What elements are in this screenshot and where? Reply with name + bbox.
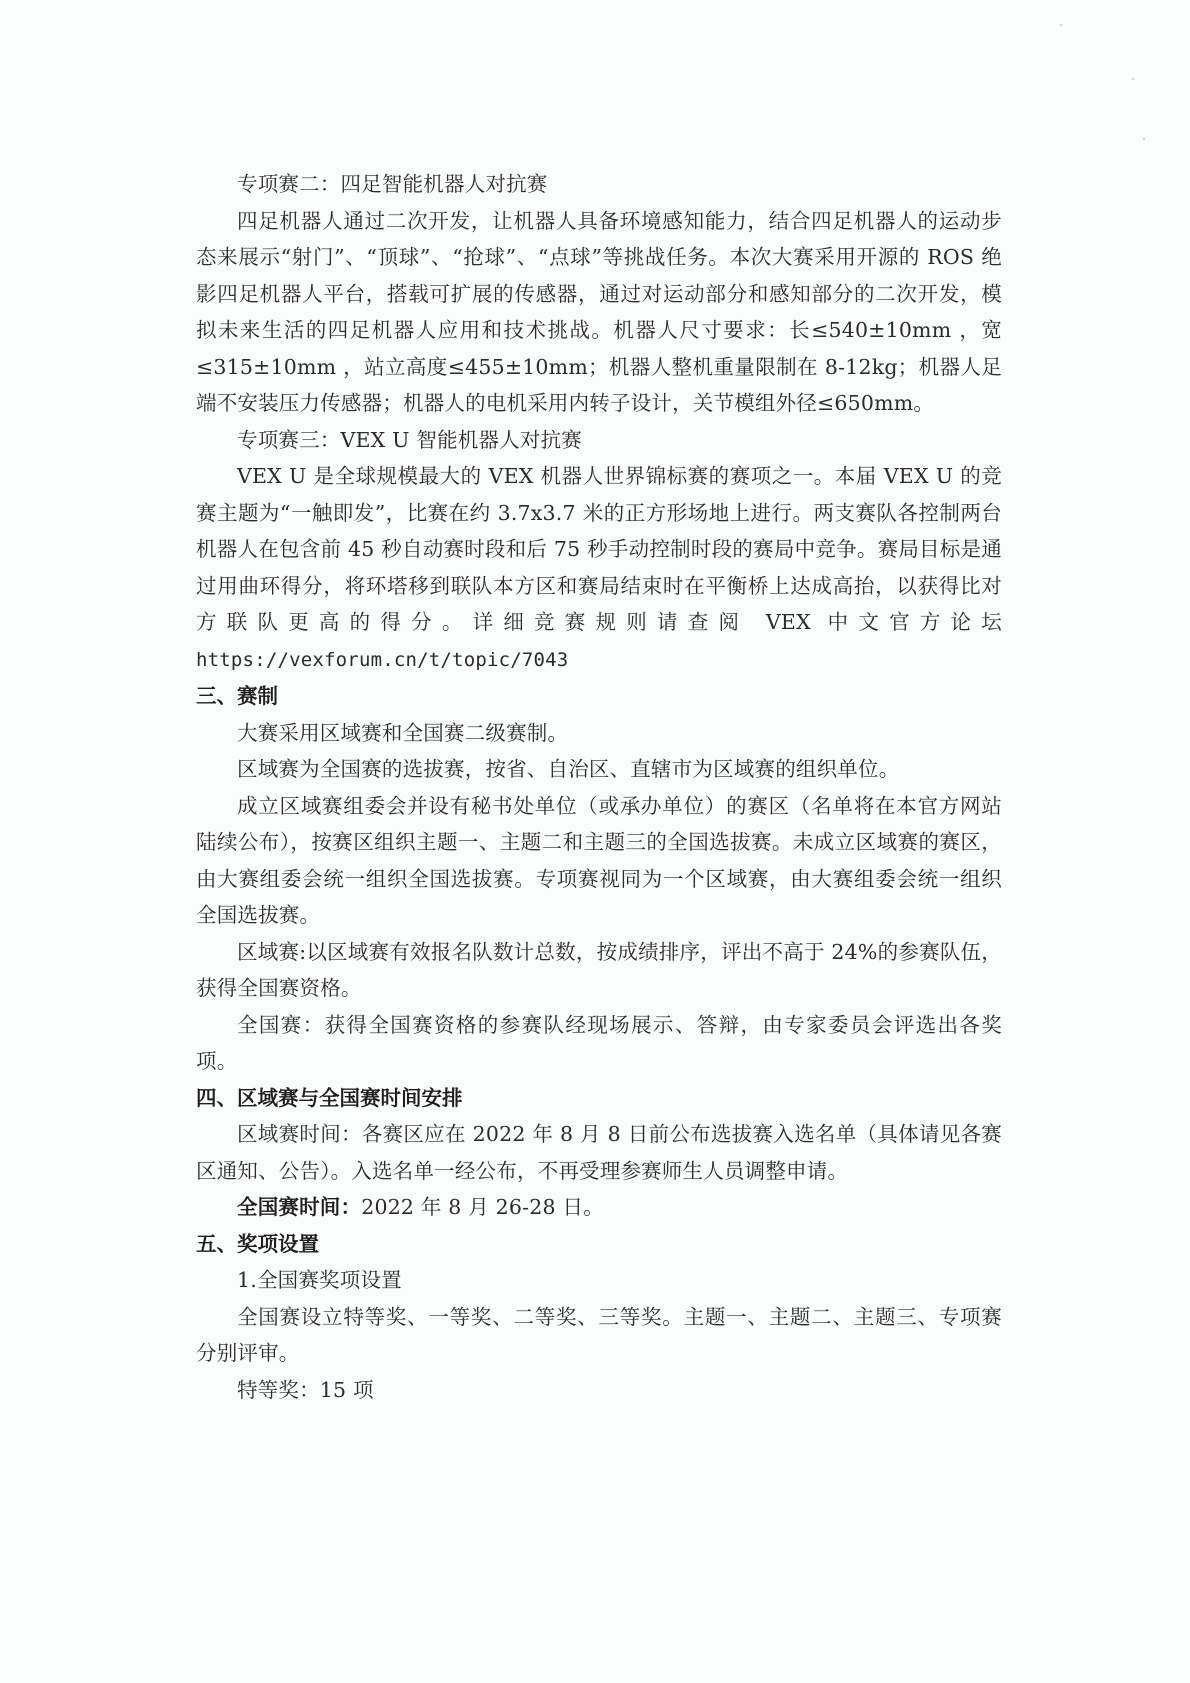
section-5-heading: 五、奖项设置 [196, 1226, 1002, 1263]
paragraph-special-2: 四足机器人通过二次开发，让机器人具备环境感知能力，结合四足机器人的运动步态来展示… [196, 203, 1002, 422]
section-5-subheading: 1.全国赛奖项设置 [196, 1262, 1002, 1299]
section-3-paragraph: 全国赛：获得全国赛资格的参赛队经现场展示、答辩，由专家委员会评选出各奖项。 [196, 1007, 1002, 1080]
section-5-paragraph: 全国赛设立特等奖、一等奖、二等奖、三等奖。主题一、主题二、主题三、专项赛分别评审… [196, 1299, 1002, 1372]
paragraph-special-3-text: VEX U 是全球规模最大的 VEX 机器人世界锦标赛的赛项之一。本届 VEX … [196, 464, 1002, 634]
section-4-heading: 四、区域赛与全国赛时间安排 [196, 1080, 1002, 1117]
special-prize-count: 特等奖：15 项 [196, 1372, 1002, 1409]
section-3-paragraph: 区域赛:以区域赛有效报名队数计总数，按成绩排序，评出不高于 24%的参赛队伍，获… [196, 934, 1002, 1007]
document-page: 专项赛二：四足智能机器人对抗赛 四足机器人通过二次开发，让机器人具备环境感知能力… [196, 166, 1002, 1408]
national-schedule-value: 2022 年 8 月 26-28 日。 [361, 1195, 604, 1219]
section-3-heading: 三、赛制 [196, 678, 1002, 715]
scan-speck [1060, 24, 1062, 26]
section-3-paragraph: 区域赛为全国赛的选拔赛，按省、自治区、直辖市为区域赛的组织单位。 [196, 751, 1002, 788]
vex-forum-link[interactable]: https://vexforum.cn/t/topic/7043 [196, 649, 568, 671]
scan-speck [1143, 138, 1145, 140]
regional-schedule: 区域赛时间：各赛区应在 2022 年 8 月 8 日前公布选拔赛入选名单（具体请… [196, 1116, 1002, 1189]
section-3-paragraph: 成立区域赛组委会并设有秘书处单位（或承办单位）的赛区（名单将在本官方网站陆续公布… [196, 788, 1002, 934]
section-3-paragraph: 大赛采用区域赛和全国赛二级赛制。 [196, 715, 1002, 752]
paragraph-special-3: VEX U 是全球规模最大的 VEX 机器人世界锦标赛的赛项之一。本届 VEX … [196, 458, 1002, 678]
national-schedule-label: 全国赛时间： [237, 1195, 361, 1219]
subtitle-special-2: 专项赛二：四足智能机器人对抗赛 [196, 166, 1002, 203]
scan-speck [1132, 78, 1134, 80]
national-schedule: 全国赛时间：2022 年 8 月 26-28 日。 [196, 1189, 1002, 1226]
subtitle-special-3: 专项赛三：VEX U 智能机器人对抗赛 [196, 422, 1002, 459]
